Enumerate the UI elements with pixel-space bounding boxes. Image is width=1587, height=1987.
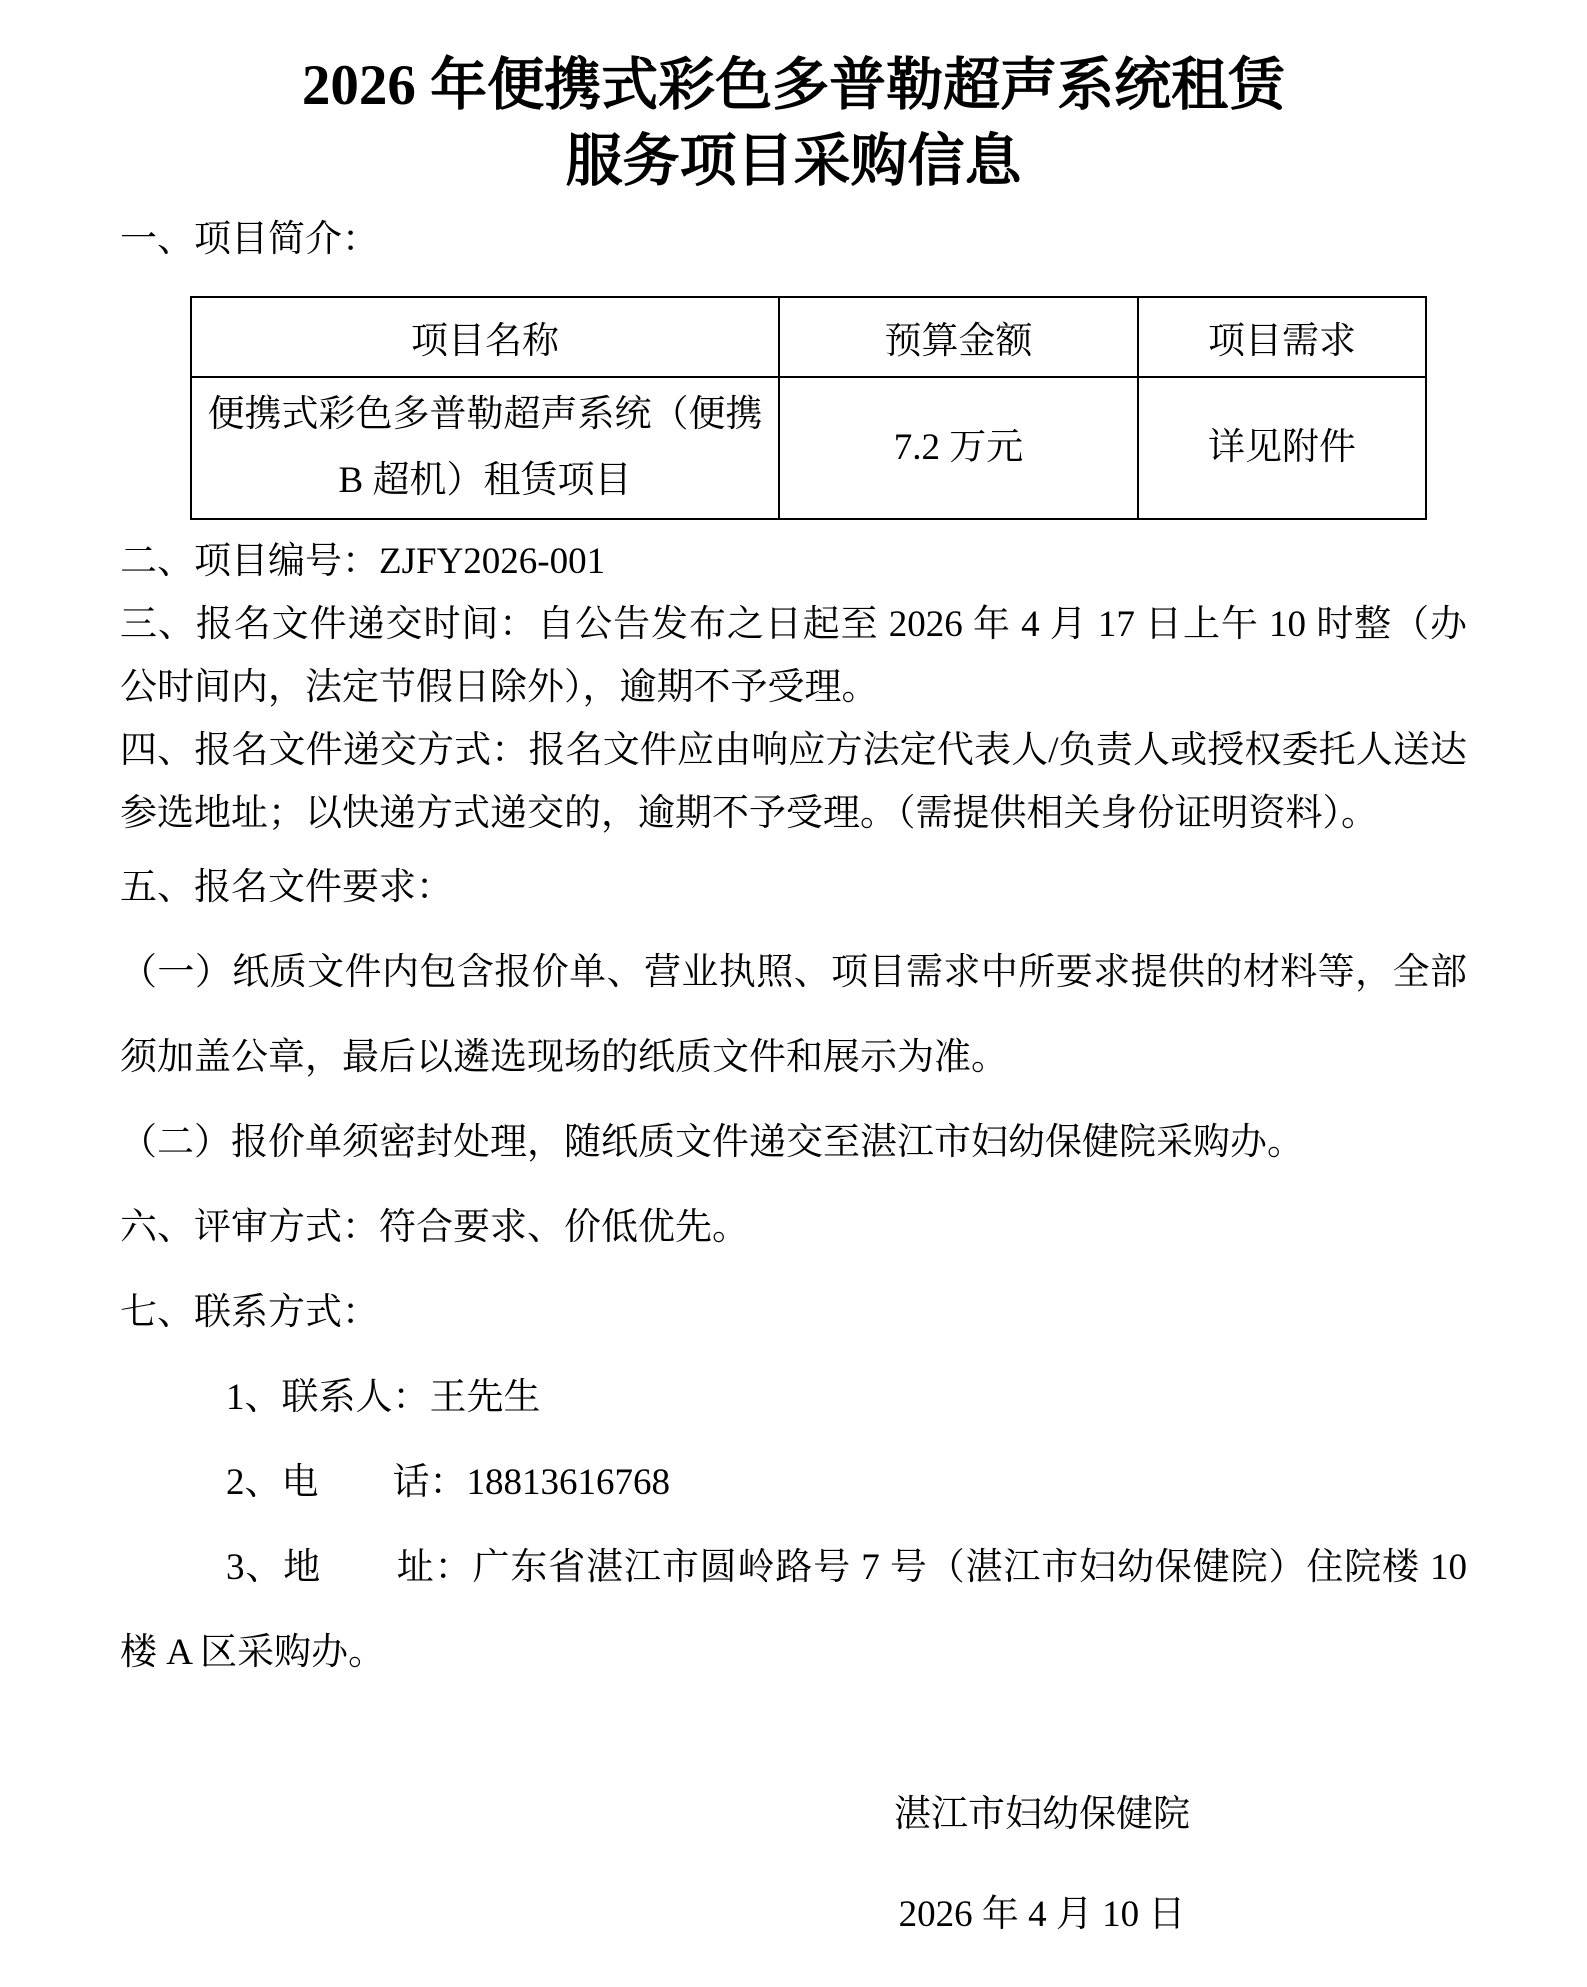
signature-date: 2026 年 4 月 10 日 <box>617 1865 1467 1965</box>
document-page: 2026 年便携式彩色多普勒超声系统租赁 服务项目采购信息 一、项目简介： 项目… <box>0 0 1587 1987</box>
contact-phone-line: 2、电 话：18813616768 <box>120 1440 1467 1525</box>
cell-project-name: 便携式彩色多普勒超声系统（便携 B 超机）租赁项目 <box>191 377 779 519</box>
section-7-heading: 七、联系方式： <box>120 1270 1467 1355</box>
cell-project-requirement: 详见附件 <box>1138 377 1426 519</box>
section-5-item-1: （一）纸质文件内包含报价单、营业执照、项目需求中所要求提供的材料等，全部须加盖公… <box>120 930 1467 1100</box>
project-info-table: 项目名称 预算金额 项目需求 便携式彩色多普勒超声系统（便携 B 超机）租赁项目… <box>190 296 1427 520</box>
title-line-1: 2026 年便携式彩色多普勒超声系统租赁 <box>120 48 1467 124</box>
document-title: 2026 年便携式彩色多普勒超声系统租赁 服务项目采购信息 <box>120 48 1467 200</box>
section-1-heading: 一、项目简介： <box>120 208 1467 271</box>
section-5-item-2: （二）报价单须密封处理，随纸质文件递交至湛江市妇幼保健院采购办。 <box>120 1100 1467 1185</box>
title-line-2: 服务项目采购信息 <box>120 124 1467 200</box>
contact-person-line: 1、联系人：王先生 <box>120 1355 1467 1440</box>
header-project-name: 项目名称 <box>191 297 779 377</box>
table-header-row: 项目名称 预算金额 项目需求 <box>191 297 1426 377</box>
header-budget-amount: 预算金额 <box>779 297 1138 377</box>
signature-block: 湛江市妇幼保健院 2026 年 4 月 10 日 <box>617 1765 1467 1965</box>
section-2-project-number: 二、项目编号：ZJFY2026-001 <box>120 530 1467 593</box>
table-row: 便携式彩色多普勒超声系统（便携 B 超机）租赁项目 7.2 万元 详见附件 <box>191 377 1426 519</box>
section-6-review-method: 六、评审方式：符合要求、价低优先。 <box>120 1185 1467 1270</box>
section-5-heading: 五、报名文件要求： <box>120 845 1467 930</box>
document-lower-sections: 五、报名文件要求： （一）纸质文件内包含报价单、营业执照、项目需求中所要求提供的… <box>120 845 1467 1695</box>
header-project-requirement: 项目需求 <box>1138 297 1426 377</box>
section-4-submission-method: 四、报名文件递交方式：报名文件应由响应方法定代表人/负责人或授权委托人送达参选地… <box>120 719 1467 845</box>
cell-budget-amount: 7.2 万元 <box>779 377 1138 519</box>
section-3-submission-time: 三、报名文件递交时间：自公告发布之日起至 2026 年 4 月 17 日上午 1… <box>120 593 1467 719</box>
signature-organization: 湛江市妇幼保健院 <box>617 1765 1467 1865</box>
contact-address-line: 3、地 址：广东省湛江市圆岭路号 7 号（湛江市妇幼保健院）住院楼 10 楼 A… <box>120 1525 1467 1695</box>
